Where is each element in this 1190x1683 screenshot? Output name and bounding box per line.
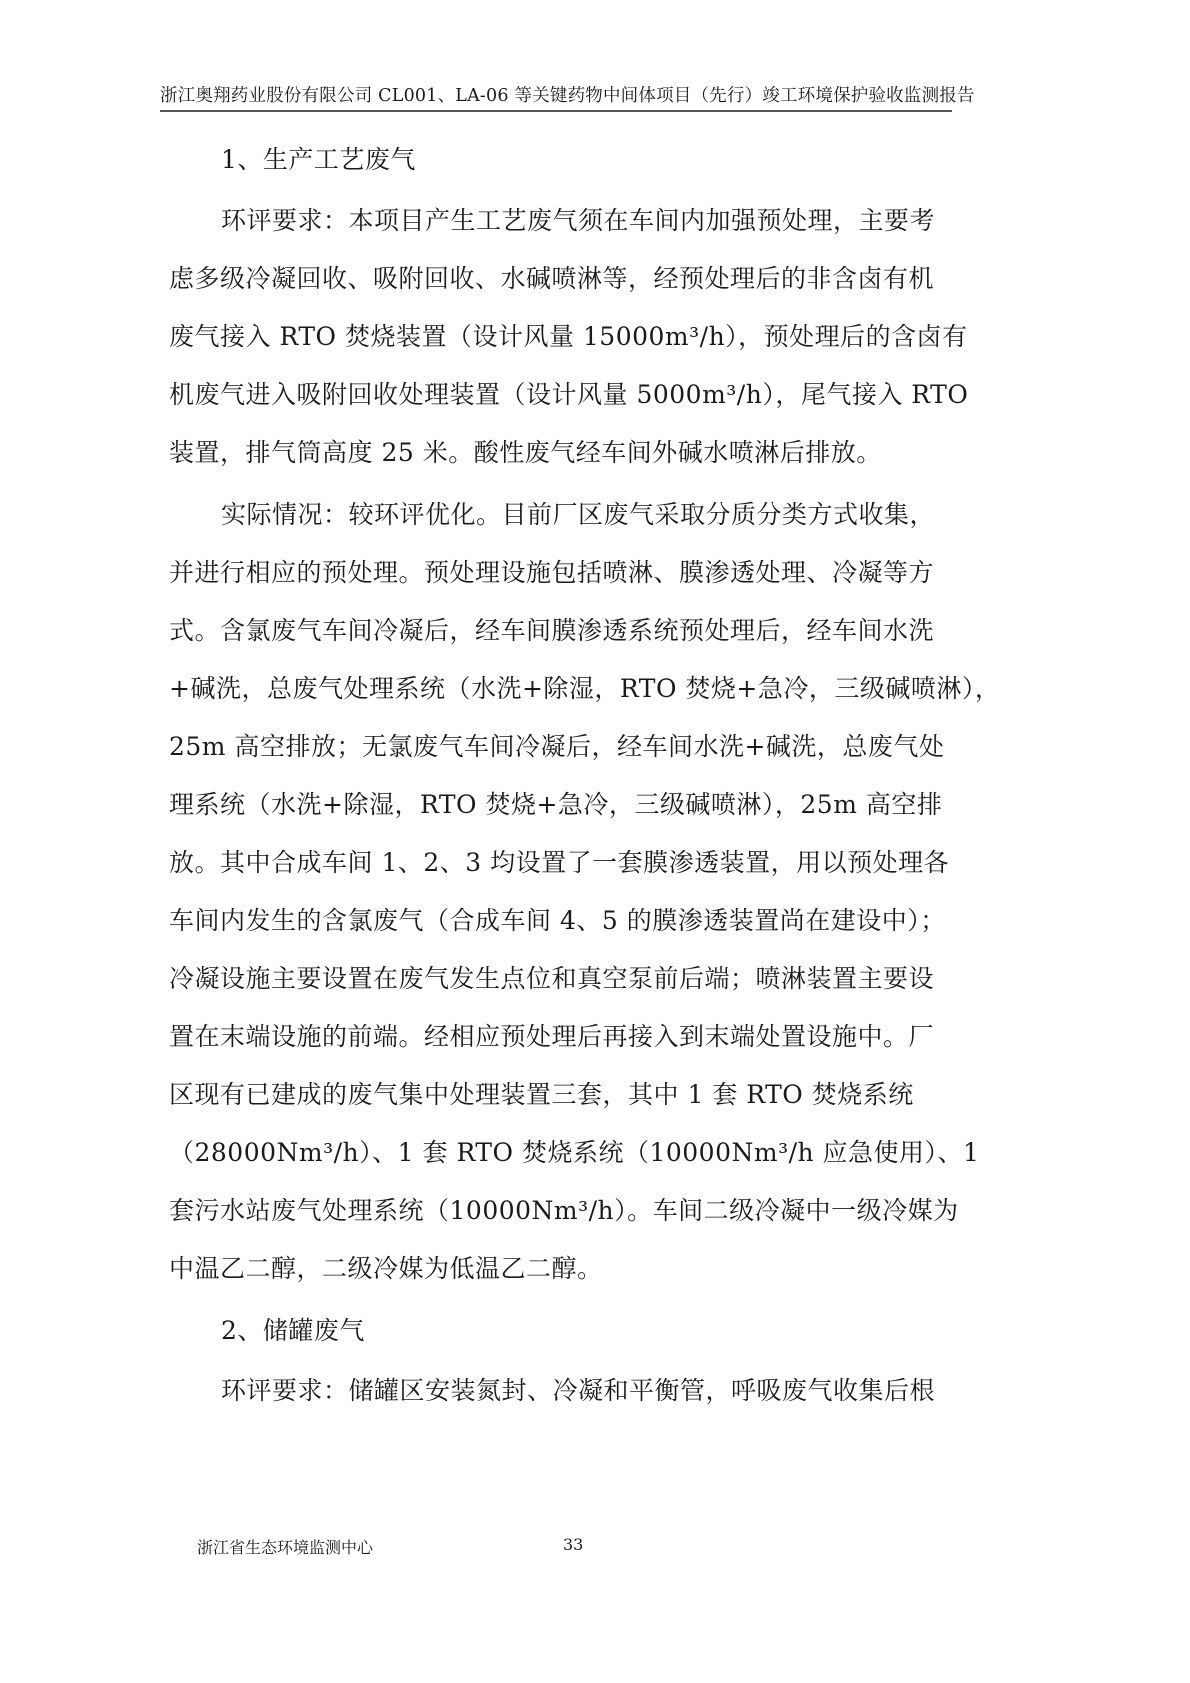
paragraph-line: 并进行相应的预处理。预处理设施包括喷淋、膜渗透处理、冷凝等方	[169, 558, 934, 588]
paragraph-line: 区现有已建成的废气集中处理装置三套，其中 1 套 RTO 焚烧系统	[169, 1080, 914, 1110]
paragraph-line: 理系统（水洗+除湿，RTO 焚烧+急冷，三级碱喷淋），25m 高空排	[169, 790, 942, 820]
paragraph-line: 放。其中合成车间 1、2、3 均设置了一套膜渗透装置，用以预处理各	[169, 848, 949, 878]
paragraph-line: 虑多级冷凝回收、吸附回收、水碱喷淋等，经预处理后的非含卤有机	[169, 264, 934, 294]
paragraph-line: （28000Nm³/h）、1 套 RTO 焚烧系统（10000Nm³/h 应急使…	[169, 1138, 979, 1168]
page-number: 33	[563, 1535, 583, 1554]
section-heading-1: 1、生产工艺废气	[221, 145, 416, 175]
footer-organization: 浙江省生态环境监测中心	[197, 1535, 373, 1558]
paragraph-line: 实际情况：较环评优化。目前厂区废气采取分质分类方式收集，	[221, 500, 935, 530]
paragraph-line: 中温乙二醇，二级冷媒为低温乙二醇。	[169, 1254, 603, 1284]
paragraph-line: 环评要求：储罐区安装氮封、冷凝和平衡管，呼吸废气收集后根	[221, 1376, 935, 1406]
paragraph-line: +碱洗，总废气处理系统（水洗+除湿，RTO 焚烧+急冷，三级碱喷淋），	[169, 674, 1000, 704]
paragraph-line: 环评要求：本项目产生工艺废气须在车间内加强预处理，主要考	[221, 206, 935, 236]
header-divider	[160, 110, 952, 112]
paragraph-line: 式。含氯废气车间冷凝后，经车间膜渗透系统预处理后，经车间水洗	[169, 616, 934, 646]
paragraph-line: 套污水站废气处理系统（10000Nm³/h）。车间二级冷凝中一级冷媒为	[169, 1196, 959, 1226]
paragraph-line: 冷凝设施主要设置在废气发生点位和真空泵前后端；喷淋装置主要设	[169, 964, 934, 994]
paragraph-line: 装置，排气筒高度 25 米。酸性废气经车间外碱水喷淋后排放。	[169, 438, 882, 468]
section-heading-2: 2、储罐废气	[221, 1316, 365, 1346]
paragraph-line: 25m 高空排放；无氯废气车间冷凝后，经车间水洗+碱洗，总废气处	[169, 732, 944, 762]
paragraph-line: 车间内发生的含氯废气（合成车间 4、5 的膜渗透装置尚在建设中）；	[169, 906, 946, 936]
paragraph-line: 废气接入 RTO 焚烧装置（设计风量 15000m³/h），预处理后的含卤有	[169, 322, 968, 352]
page-header-title: 浙江奥翔药业股份有限公司 CL001、LA-06 等关键药物中间体项目（先行）竣…	[160, 82, 952, 107]
paragraph-line: 置在末端设施的前端。经相应预处理后再接入到末端处置设施中。厂	[169, 1022, 934, 1052]
paragraph-line: 机废气进入吸附回收处理装置（设计风量 5000m³/h），尾气接入 RTO	[169, 380, 968, 410]
